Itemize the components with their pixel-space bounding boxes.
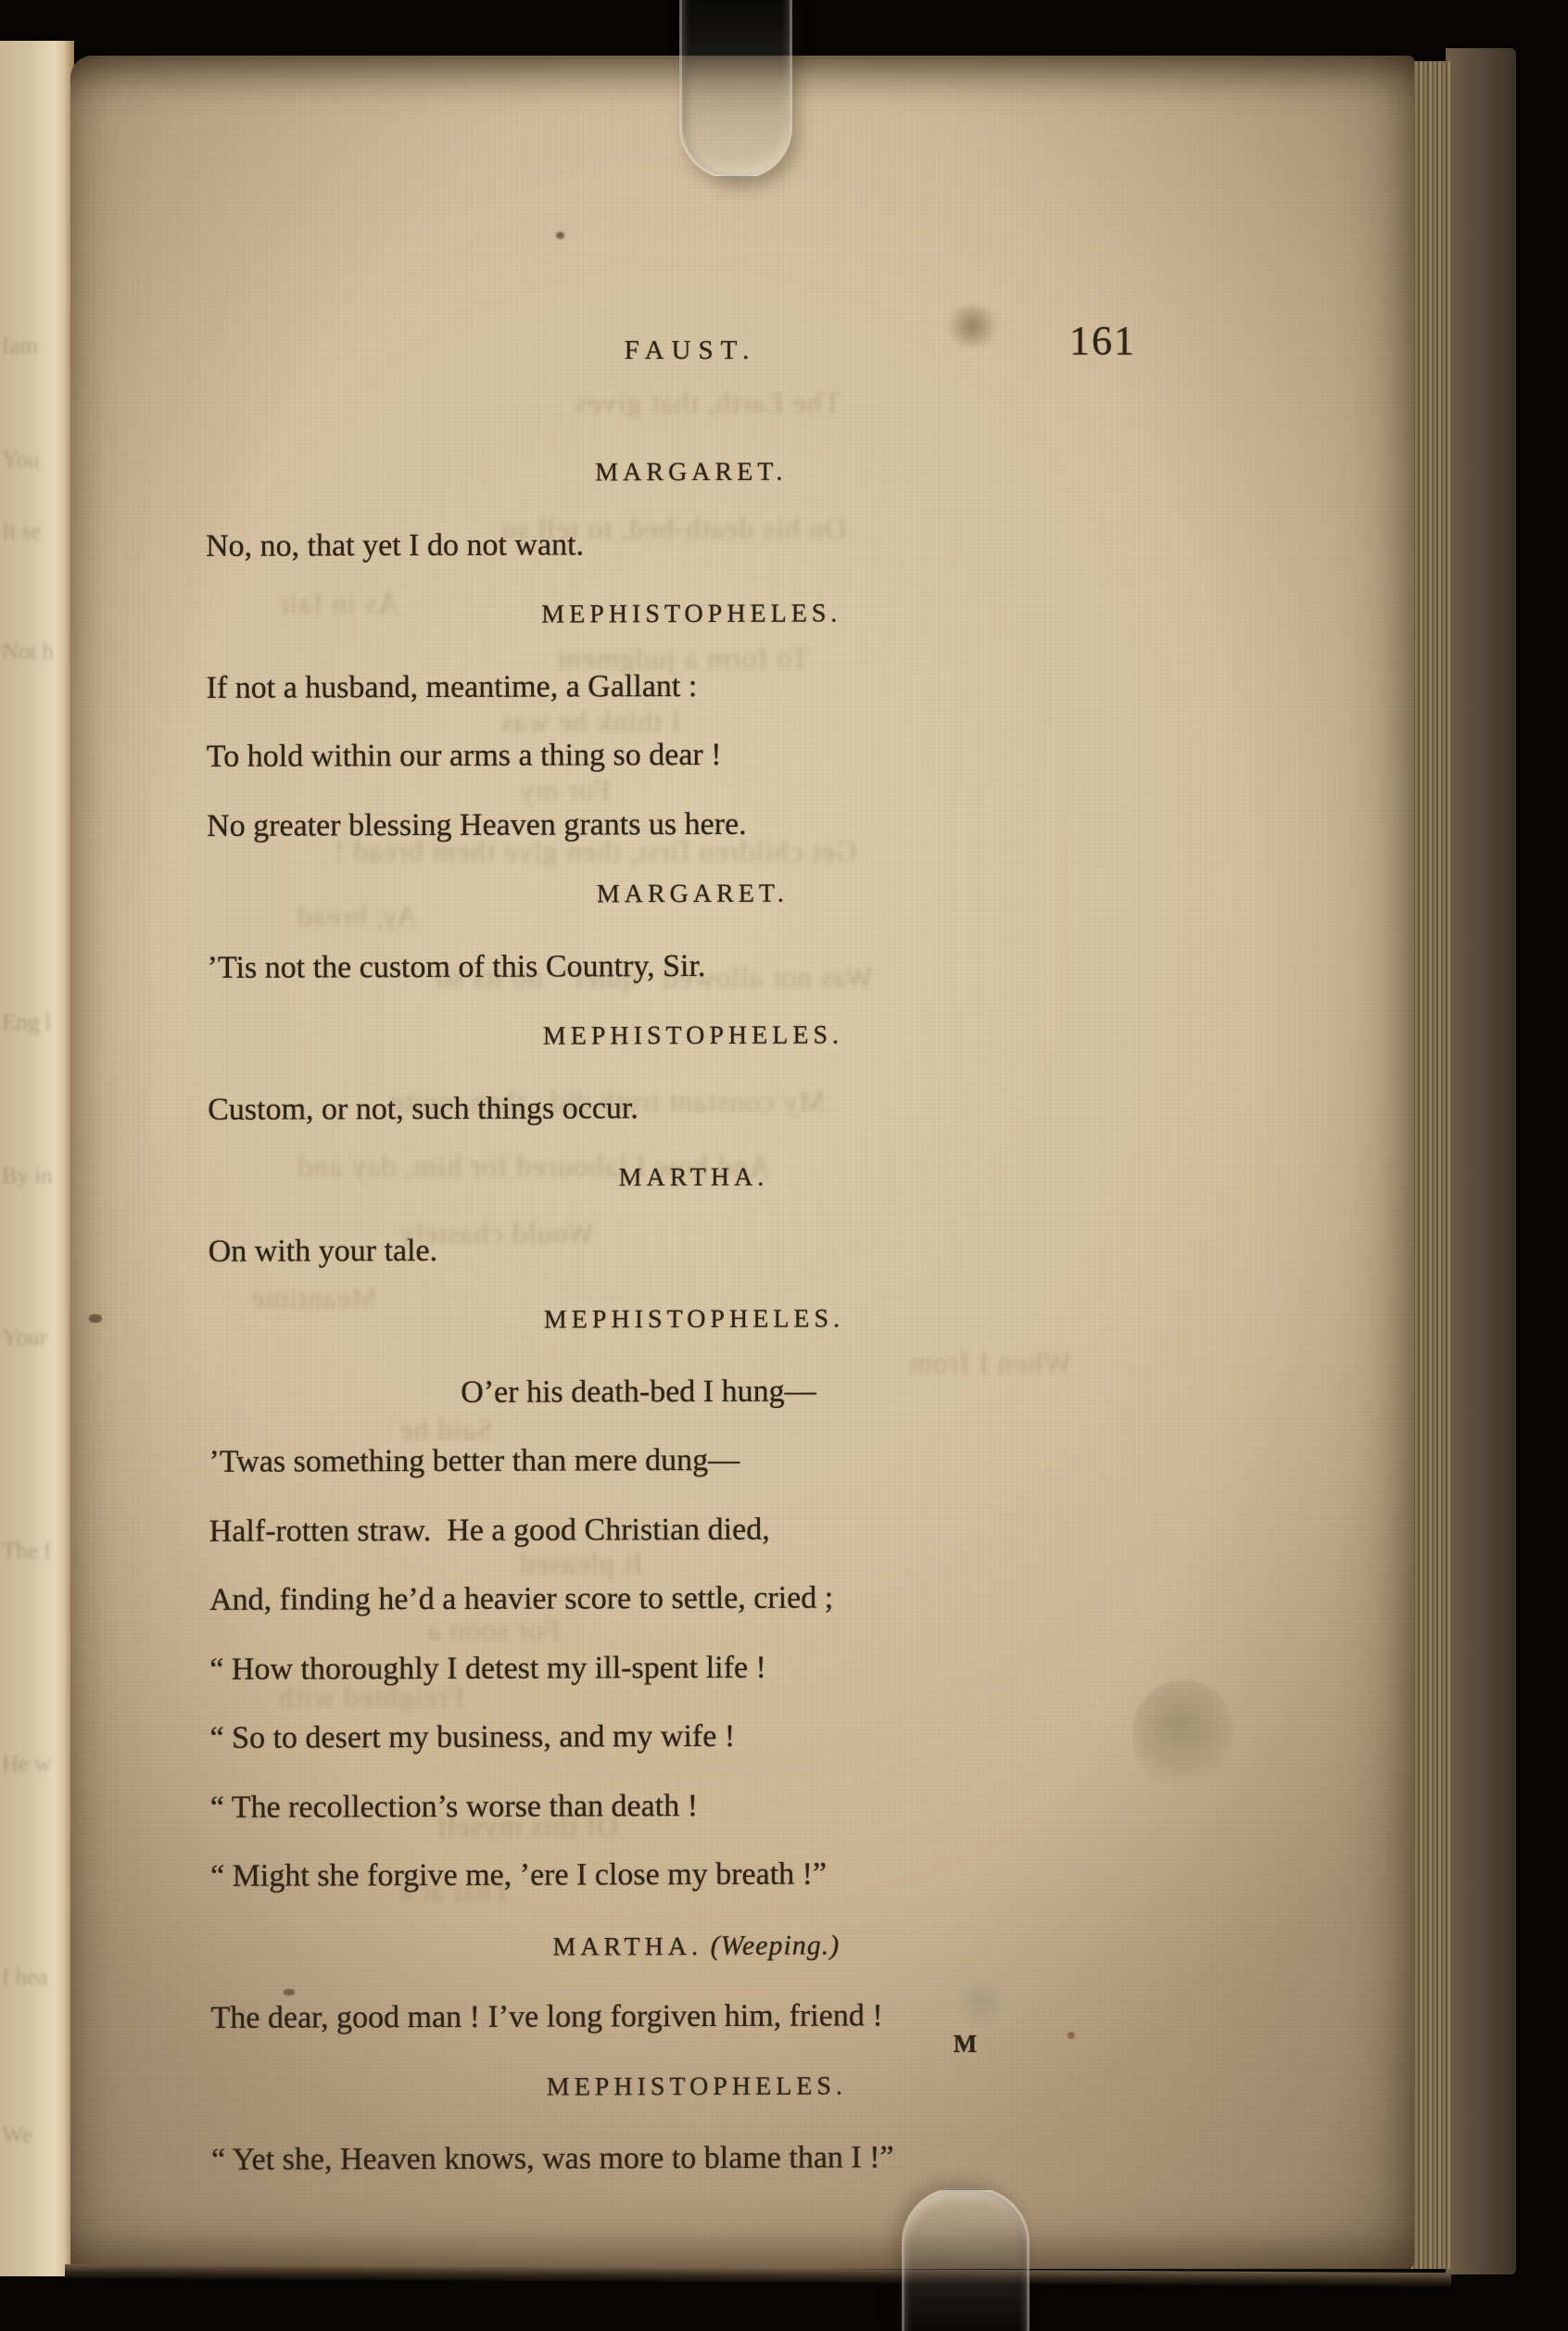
speaker-name: MEPHISTOPHELES. <box>541 599 841 628</box>
facing-page-text-fragment: He w <box>2 1752 51 1778</box>
verse-line: “ Might she forgive me, ’ere I close my … <box>210 1850 1182 1922</box>
facing-page-text-fragment: The f <box>2 1539 51 1565</box>
page-holder-clip-top <box>679 0 792 179</box>
text-block: MARGARET.No, no, that yet I do not want.… <box>206 447 1183 2206</box>
speaker-name: MARGARET. <box>597 880 789 909</box>
verse-line: If not a husband, meantime, a Gallant : <box>207 662 1178 734</box>
verse-line: “ How thoroughly I detest my ill-spent l… <box>209 1643 1181 1716</box>
speaker-heading: MEPHISTOPHELES. <box>211 2061 1182 2137</box>
page-holder-clip-bottom <box>902 2187 1030 2331</box>
speaker-heading: MEPHISTOPHELES. <box>209 1294 1180 1370</box>
verse-text: “ How thoroughly I detest my ill-spent l… <box>209 1650 766 1686</box>
verse-text: Custom, or not, such things occur. <box>208 1091 639 1127</box>
verse-line: Half-rotten straw. He a good Christian d… <box>209 1505 1181 1577</box>
book-cover-edge <box>1446 48 1516 2274</box>
verse-text: “ Yet she, Heaven knows, was more to bla… <box>211 2140 894 2177</box>
scanned-book-photo: IamYouIt seNot hEng lBy inYourThe fHe wI… <box>0 0 1568 2331</box>
speaker-heading: MEPHISTOPHELES. <box>206 589 1177 665</box>
speaker-name: MEPHISTOPHELES. <box>547 2071 847 2101</box>
facing-page-edge: IamYouIt seNot hEng lBy inYourThe fHe wI… <box>0 41 74 2276</box>
verse-text: Half-rotten straw. He a good Christian d… <box>209 1512 770 1548</box>
signature-mark: M <box>938 2030 993 2059</box>
verse-line: And, finding he’d a heavier score to set… <box>209 1574 1181 1646</box>
facing-page-text-fragment: Iam <box>2 334 38 360</box>
verse-text: On with your tale. <box>209 1233 438 1268</box>
speaker-heading: MARTHA. <box>208 1152 1179 1228</box>
verse-text: ’Tis not the custom of this Country, Sir… <box>208 948 706 984</box>
verse-text: To hold within our arms a thing so dear … <box>207 738 722 774</box>
verse-text: ’Twas something better than mere dung— <box>209 1443 740 1479</box>
facing-page-text-fragment: Not h <box>2 640 54 665</box>
verse-text: If not a husband, meantime, a Gallant : <box>207 668 698 704</box>
speaker-name: MARTHA. <box>552 1932 702 1961</box>
verse-text: O’er his death-bed I hung— <box>461 1374 816 1409</box>
page-stack-fore-edge <box>1410 61 1451 2269</box>
stage-direction: (Weeping.) <box>702 1930 840 1961</box>
verse-line: To hold within our arms a thing so dear … <box>207 730 1178 803</box>
verse-text: The dear, good man ! I’ve long forgiven … <box>211 1998 883 2035</box>
page-number: 161 <box>1047 317 1158 364</box>
running-title: FAUST. <box>209 336 1172 366</box>
verse-line: The dear, good man ! I’ve long forgiven … <box>211 1992 1182 2064</box>
facing-page-text-fragment: You <box>2 448 40 474</box>
verse-line: O’er his death-bed I hung— <box>209 1367 1180 1439</box>
verse-line: On with your tale. <box>209 1225 1180 1298</box>
verse-line: No greater blessing Heaven grants us her… <box>207 800 1178 872</box>
verse-line: No, no, that yet I do not want. <box>206 520 1177 592</box>
facing-page-text-fragment: Eng l <box>2 1010 51 1036</box>
speaker-heading: MARGARET. <box>206 447 1177 523</box>
speaker-heading: MARGARET. <box>207 868 1178 944</box>
speaker-name: MEPHISTOPHELES. <box>543 1020 843 1050</box>
verse-line: ’Twas something better than mere dung— <box>209 1436 1180 1508</box>
verse-line: “ So to desert my business, and my wife … <box>209 1712 1181 1784</box>
verse-line: Custom, or not, such things occur. <box>208 1083 1179 1156</box>
facing-page-text-fragment: It se <box>2 519 41 545</box>
verse-line: ’Tis not the custom of this Country, Sir… <box>208 942 1179 1014</box>
verse-text: No, no, that yet I do not want. <box>206 527 584 563</box>
verse-text: No greater blessing Heaven grants us her… <box>207 806 747 842</box>
speaker-name: MARGARET. <box>595 458 787 488</box>
verse-text: “ So to desert my business, and my wife … <box>209 1719 735 1755</box>
speaker-heading: MEPHISTOPHELES. <box>208 1010 1179 1086</box>
verse-line: “ Yet she, Heaven knows, was more to bla… <box>211 2134 1182 2206</box>
speaker-name: MEPHISTOPHELES. <box>544 1304 844 1334</box>
facing-page-text-fragment: Your <box>2 1325 47 1351</box>
facing-page-text-fragment: I hea <box>2 1965 47 1991</box>
speaker-heading: MARTHA. (Weeping.) <box>210 1919 1182 1995</box>
verse-line: “ The recollection’s worse than death ! <box>210 1781 1182 1854</box>
verse-text: “ Might she forgive me, ’ere I close my … <box>210 1857 827 1894</box>
facing-page-text-fragment: We <box>2 2122 32 2148</box>
verse-text: “ The recollection’s worse than death ! <box>210 1788 698 1824</box>
verse-text: And, finding he’d a heavier score to set… <box>209 1580 833 1616</box>
speaker-name: MARTHA. <box>619 1163 769 1193</box>
facing-page-text-fragment: By in <box>2 1163 53 1189</box>
